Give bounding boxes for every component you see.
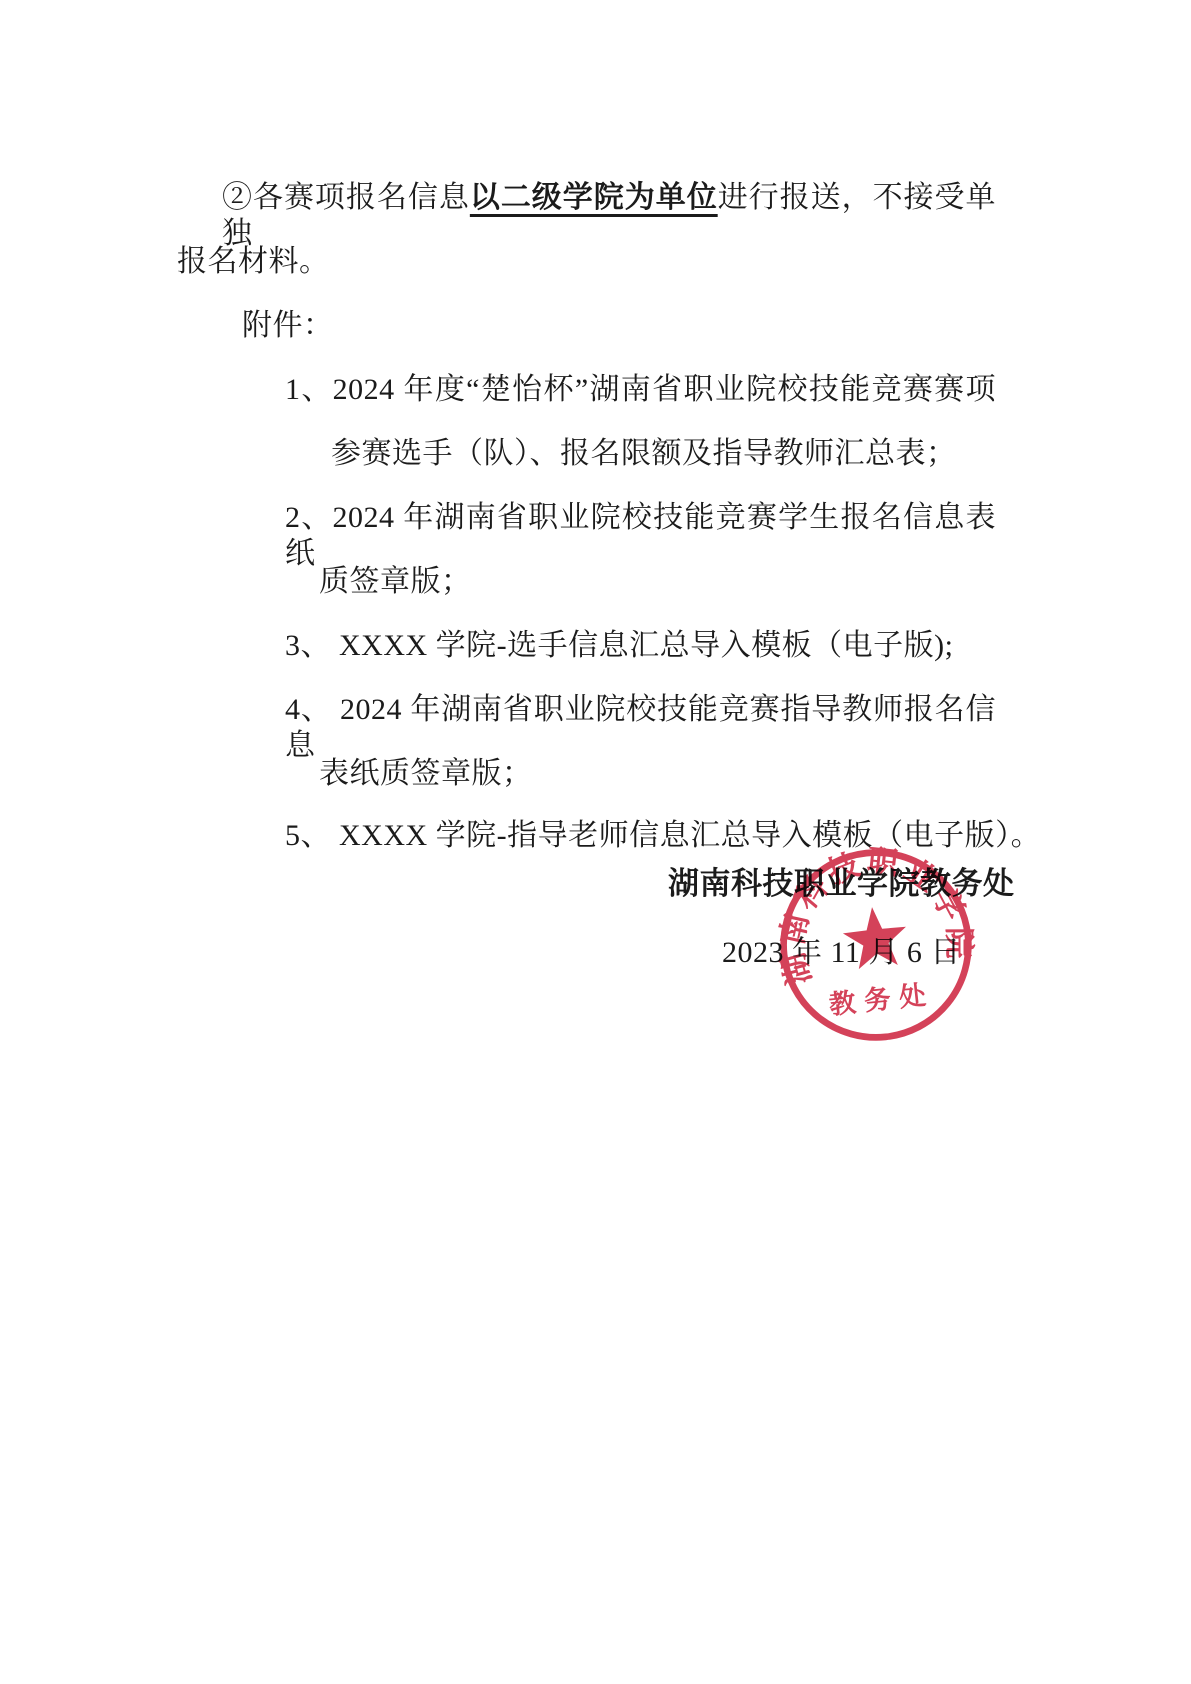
attachment-line: 质签章版； — [319, 564, 472, 600]
signature-date: 2023 年 11 月 6 日 — [722, 935, 961, 971]
document-page: ②各赛项报名信息以二级学院为单位进行报送，不接受单独 报名材料。 附件： 1、2… — [0, 0, 1191, 1684]
attachment-line: 2、2024 年湖南省职业院校技能竞赛学生报名信息表纸 — [285, 500, 996, 572]
signature-org: 湖南科技职业学院教务处 — [668, 866, 1015, 902]
paragraph-line: 报名材料。 — [177, 244, 330, 280]
attachment-line: 1、2024 年度“楚怡杯”湖南省职业院校技能竞赛赛项 — [285, 372, 996, 408]
seal-bottom-text: 教务处 — [828, 979, 936, 1020]
emphasized-underlined-text: 以二级学院为单位 — [470, 181, 718, 214]
paragraph-line: ②各赛项报名信息以二级学院为单位进行报送，不接受单独 — [222, 180, 996, 252]
attachment-line: 4、 2024 年湖南省职业院校技能竞赛指导教师报名信息 — [285, 692, 996, 764]
attachment-line: 3、 XXXX 学院-选手信息汇总导入模板（电子版); — [285, 628, 953, 664]
attachment-line: 5、 XXXX 学院-指导老师信息汇总导入模板（电子版）。 — [285, 818, 1041, 854]
paragraph-text: ②各赛项报名信息 — [222, 181, 470, 214]
attachments-label: 附件： — [242, 308, 334, 344]
attachment-line: 参赛选手（队）、报名限额及指导教师汇总表； — [331, 436, 957, 472]
attachment-line: 表纸质签章版； — [319, 756, 533, 792]
